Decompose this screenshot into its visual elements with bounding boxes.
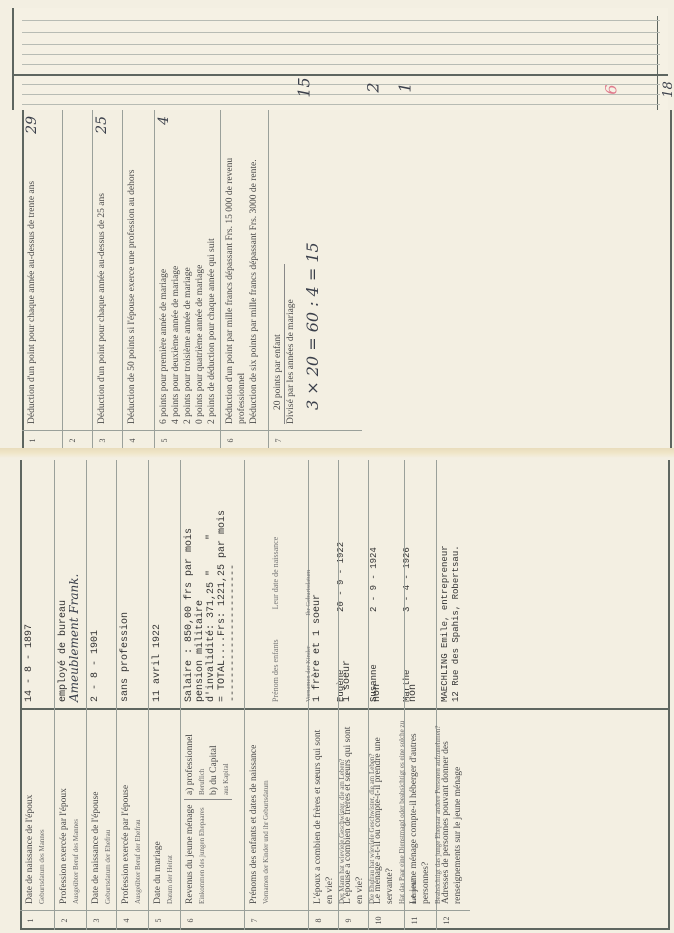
points-row14: 6 <box>602 84 621 94</box>
app-row-birth-husband: 1Date de naissance de l'épouxGeburtsdatu… <box>20 460 55 930</box>
deduction-row: 4Déduction de 50 points si l'épouse exer… <box>122 110 155 450</box>
app-row-lodgers: 11Le jeune ménage compte-il héberger d'a… <box>404 460 437 930</box>
app-row-birth-wife: 3Date de naissance de l'épouseGeburtsdat… <box>86 460 117 930</box>
app-row-servant: 10Le ménage a-t-il ou compte-t-il prendr… <box>368 460 405 930</box>
app-row-siblings-wife: 9L'épouse a combien de frères et sœurs q… <box>338 460 369 930</box>
app-row-references: 12Adresses de personnes pouvant donner d… <box>436 460 470 930</box>
points-tally-strip: 15 2 1 6 18 <box>12 8 668 110</box>
app-row-income: 6 Revenus du jeune ménageEinkommen des j… <box>180 460 245 930</box>
application-panel: 1Date de naissance de l'épouxGeburtsdatu… <box>20 460 670 930</box>
deduction-row: 1Déduction d'un point pour chaque année … <box>22 110 63 450</box>
deduction-row: 5 6 points pour première année de mariag… <box>154 110 221 450</box>
deduction-row: 2 <box>62 110 93 450</box>
page-fold <box>0 448 674 458</box>
deduction-row: 6 Déduction d'un point par mille francs … <box>220 110 269 450</box>
app-row-siblings-husband: 8L'époux a combien de frères et sœurs qu… <box>308 460 339 930</box>
points-row9: 1 <box>396 82 415 92</box>
deduction-row: 3Déduction d'un point pour chaque année … <box>92 110 123 450</box>
points-row8: 2 <box>364 82 383 92</box>
app-row-profession-wife: 4Profession exercée par l'épouseAusgeübt… <box>116 460 149 930</box>
deductions-panel: 1Déduction d'un point pour chaque année … <box>22 110 672 450</box>
app-row-marriage-date: 5Date du mariageDatum der Heirat11 avril… <box>148 460 181 930</box>
points-total: 18 <box>661 81 674 98</box>
deduction-row: 7 20 points par enfantDivisé par les ann… <box>268 110 362 450</box>
app-row-profession-husband: 2Profession exercée par l'épouxAusgeübte… <box>54 460 87 930</box>
points-row7: 15 <box>295 77 314 97</box>
scanned-form-page: 15 2 1 6 18 1Déduction d'un point pour c… <box>0 0 674 933</box>
app-row-children: 7 Prénoms des enfants et dates de naissa… <box>244 460 309 930</box>
